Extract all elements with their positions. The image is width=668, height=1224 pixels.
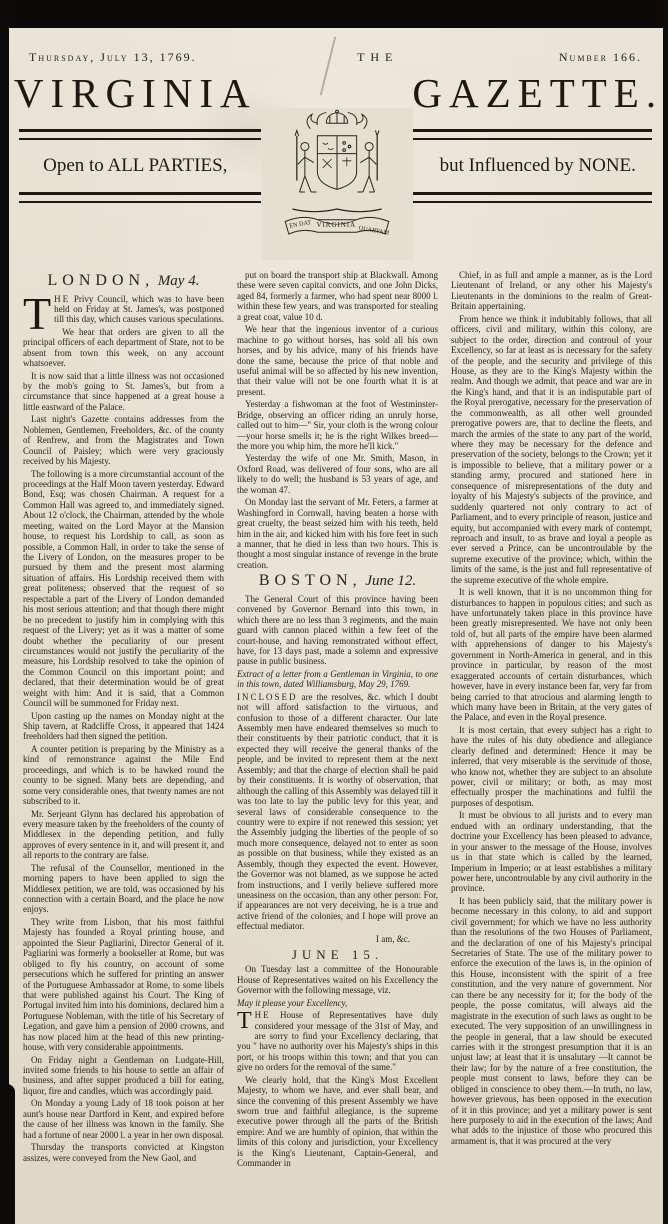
crest-motto-left: EN DAT — [288, 219, 311, 230]
crest-motto-right: QUARTAM — [358, 225, 390, 237]
signoff: I am, &c. — [237, 934, 438, 944]
subsection-heading: JUNE 15. — [237, 947, 438, 962]
date-line: Thursday, July 13, 1769. — [29, 50, 197, 65]
paragraph: On Friday night a Gentleman on Ludgate-H… — [23, 1055, 224, 1097]
newspaper-page: Thursday, July 13, 1769. THE Number 166.… — [9, 28, 664, 1224]
paragraph: Mr. Serjeant Glynn has declared his appr… — [23, 809, 224, 861]
title-virginia: VIRGINIA — [9, 69, 262, 117]
paragraph: The refusal of the Counsellor, mentioned… — [23, 863, 224, 915]
issue-number: Number 166. — [559, 50, 642, 65]
section-heading: BOSTON, June 12. — [237, 572, 438, 591]
crest-banner-center: VIRGINIA — [316, 221, 356, 229]
paragraph: It is most certain, that every subject h… — [451, 725, 652, 809]
motto-right: but Influenced by NONE. — [412, 155, 665, 177]
paragraph: It is well known, that it is no uncommon… — [451, 587, 652, 723]
paragraph: Last night's Gazette contains addresses … — [23, 414, 224, 466]
paragraph: A counter petition is preparing by the M… — [23, 744, 224, 807]
paragraph: THE Privy Council, which was to have bee… — [23, 294, 224, 325]
paragraph: Chief, in as full and ample a manner, as… — [451, 270, 652, 312]
masthead: Thursday, July 13, 1769. THE Number 166.… — [9, 28, 664, 262]
paragraph: We hear that the ingenious inventor of a… — [237, 324, 438, 397]
paragraph: Yesterday the wife of one Mr. Smith, Mas… — [237, 453, 438, 495]
coat-of-arms-woodcut: EN DAT VIRGINIA QUARTAM — [261, 108, 413, 260]
the-label: THE — [357, 50, 398, 65]
paragraph: We hear that orders are given to all the… — [23, 327, 224, 369]
section-heading: LONDON, May 4. — [23, 272, 224, 291]
drop-cap: T — [237, 1010, 255, 1031]
paragraph: On Monday last the servant of Mr. Feters… — [237, 497, 438, 570]
title-gazette: GAZETTE. — [412, 69, 665, 117]
paragraph: The following is a more circumstantial a… — [23, 469, 224, 709]
paragraph: It is now said that a little illness was… — [23, 371, 224, 413]
paragraph: Yesterday a fishwoman at the foot of Wes… — [237, 399, 438, 451]
paragraph: Upon casting up the names on Monday nigh… — [23, 711, 224, 742]
drop-cap: T — [23, 294, 54, 333]
paragraph: INCLOSED are the resolves, &c. which I d… — [237, 692, 438, 932]
italic-line: Extract of a letter from a Gentleman in … — [237, 669, 438, 690]
column-3: Chief, in as full and ample a manner, as… — [451, 270, 652, 1224]
column-2: put on board the transport ship at Black… — [237, 270, 438, 1224]
paragraph: We clearly hold, that the King's Most Ex… — [237, 1075, 438, 1169]
motto-left: Open to ALL PARTIES, — [9, 155, 262, 177]
paragraph: It has been publicly said, that the mili… — [451, 896, 652, 1147]
italic-line: May it please your Excellency, — [237, 998, 438, 1008]
paragraph: put on board the transport ship at Black… — [237, 270, 438, 322]
royal-arms-icon: EN DAT VIRGINIA QUARTAM — [263, 109, 411, 259]
body-columns: LONDON, May 4.THE Privy Council, which w… — [9, 262, 664, 1224]
masthead-top-row: Thursday, July 13, 1769. THE Number 166. — [9, 28, 664, 65]
paragraph: The General Court of this province havin… — [237, 594, 438, 667]
paragraph: It must be obvious to all jurists and to… — [451, 810, 652, 894]
paragraph: On Monday a young Lady of 18 took poison… — [23, 1098, 224, 1140]
paragraph: Thursday the transports convicted at Kin… — [23, 1142, 224, 1163]
paragraph: On Tuesday last a committee of the Honou… — [237, 964, 438, 995]
paragraph: They write from Lisbon, that his most fa… — [23, 917, 224, 1053]
scan-border-top — [0, 0, 668, 28]
paragraph: THE House of Representatives have duly c… — [237, 1010, 438, 1073]
scan-border-left — [0, 0, 9, 1224]
paragraph: From hence we think it indubitably follo… — [451, 314, 652, 585]
column-1: LONDON, May 4.THE Privy Council, which w… — [23, 270, 224, 1224]
scan-border-right — [663, 0, 668, 1224]
